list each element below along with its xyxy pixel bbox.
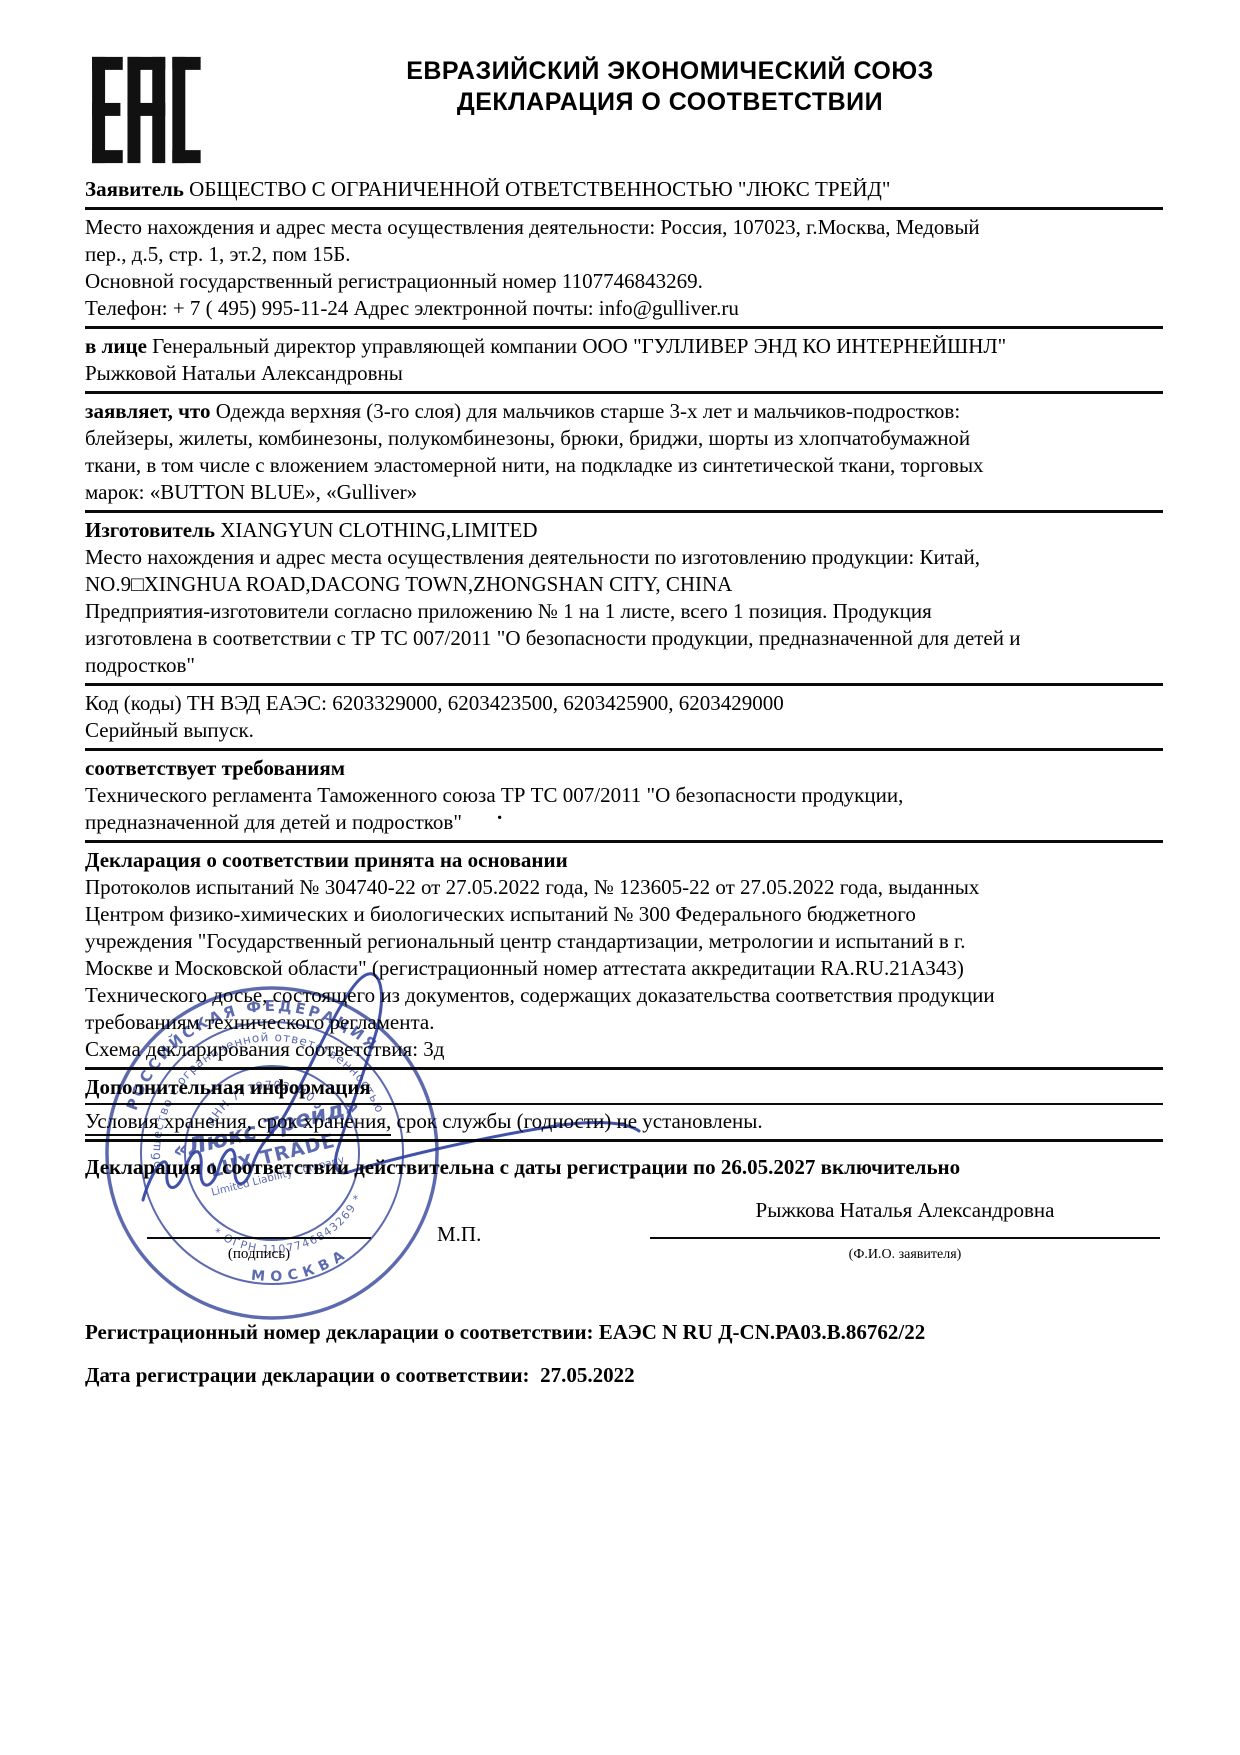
fio-caption: (Ф.И.О. заявителя) xyxy=(650,1241,1160,1268)
divider xyxy=(85,683,1163,686)
registration-number-value: ЕАЭС N RU Д-CN.РА03.В.86762/22 xyxy=(599,1320,925,1344)
manufacturer-label: Изготовитель xyxy=(85,518,215,542)
manufacturer-note: Предприятия-изготовители согласно прилож… xyxy=(85,598,1163,679)
basis-dossier: Технического досье, состоящего из докуме… xyxy=(85,982,1163,1036)
title-line-2: ДЕКЛАРАЦИЯ О СООТВЕТСТВИИ xyxy=(350,87,990,118)
representative-text: Генеральный директор управляющей компани… xyxy=(85,334,1006,385)
registration-date-line: Дата регистрации декларации о соответств… xyxy=(85,1362,1163,1389)
title-line-1: ЕВРАЗИЙСКИЙ ЭКОНОМИЧЕСКИЙ СОЮЗ xyxy=(350,56,990,87)
applicant-address: Место нахождения и адрес места осуществл… xyxy=(85,214,1163,268)
divider xyxy=(85,1103,1163,1105)
divider xyxy=(85,748,1163,751)
divider xyxy=(85,326,1163,329)
compliance-heading: соответствует требованиям xyxy=(85,755,1163,782)
storage-conditions-rest: срок службы (годности) не установлены. xyxy=(391,1109,762,1133)
compliance-text: Технического регламента Таможенного союз… xyxy=(85,782,1163,836)
serial-issue: Серийный выпуск. xyxy=(85,717,1163,744)
manufacturer-name: XIANGYUN CLOTHING,LIMITED xyxy=(220,518,537,542)
applicant-line: Заявитель ОБЩЕСТВО С ОГРАНИЧЕННОЙ ОТВЕТС… xyxy=(85,176,1163,203)
declares-label: заявляет, что xyxy=(85,399,210,423)
declares-line: заявляет, что Одежда верхняя (3-го слоя)… xyxy=(85,398,1163,506)
divider xyxy=(85,1067,1163,1070)
registration-number-label: Регистрационный номер декларации о соотв… xyxy=(85,1320,594,1344)
storage-conditions: Условия хранения, срок хранения, срок сл… xyxy=(85,1108,1163,1135)
representative-line: в лице Генеральный директор управляющей … xyxy=(85,333,1163,387)
declaration-scheme: Схема декларирования соответствия: 3д xyxy=(85,1036,1163,1063)
eac-logo xyxy=(85,52,203,168)
additional-heading: Дополнительная информация xyxy=(85,1074,1163,1101)
fio-line xyxy=(650,1237,1160,1239)
basis-heading: Декларация о соответствии принята на осн… xyxy=(85,847,1163,874)
manufacturer-line: Изготовитель XIANGYUN CLOTHING,LIMITED xyxy=(85,517,1163,544)
registration-date-value: 27.05.2022 xyxy=(540,1363,635,1387)
declaration-document: ЕВРАЗИЙСКИЙ ЭКОНОМИЧЕСКИЙ СОЮЗ ДЕКЛАРАЦИ… xyxy=(0,0,1240,1755)
divider xyxy=(85,510,1163,513)
validity-statement: Декларация о соответствии действительна … xyxy=(85,1154,1163,1181)
storage-conditions-underlined: Условия хранения, срок хранения, xyxy=(85,1109,391,1136)
applicant-ogrn: Основной государственный регистрационный… xyxy=(85,268,1163,295)
signature-caption: (подпись) xyxy=(177,1241,341,1268)
page-title: ЕВРАЗИЙСКИЙ ЭКОНОМИЧЕСКИЙ СОЮЗ ДЕКЛАРАЦИ… xyxy=(350,56,990,118)
registration-number-line: Регистрационный номер декларации о соотв… xyxy=(85,1319,1163,1346)
divider xyxy=(85,391,1163,394)
representative-label: в лице xyxy=(85,334,147,358)
divider xyxy=(85,207,1163,210)
manufacturer-address: Место нахождения и адрес места осуществл… xyxy=(85,544,1163,598)
stamp-place-label: М.П. xyxy=(437,1221,481,1248)
basis-protocols: Протоколов испытаний № 304740-22 от 27.0… xyxy=(85,874,1163,982)
registration-date-label: Дата регистрации декларации о соответств… xyxy=(85,1363,530,1387)
signature-block: (подпись) М.П. Рыжкова Наталья Александр… xyxy=(85,1191,1163,1303)
signature-line xyxy=(147,1237,371,1239)
tnved-codes: Код (коды) ТН ВЭД ЕАЭС: 6203329000, 6203… xyxy=(85,690,1163,717)
applicant-contacts: Телефон: + 7 ( 495) 995-11-24 Адрес элек… xyxy=(85,295,1163,322)
applicant-label: Заявитель xyxy=(85,177,184,201)
divider xyxy=(85,840,1163,843)
declares-text: Одежда верхняя (3-го слоя) для мальчиков… xyxy=(85,399,984,504)
applicant-name: ОБЩЕСТВО С ОГРАНИЧЕННОЙ ОТВЕТСТВЕННОСТЬЮ… xyxy=(189,177,890,201)
divider xyxy=(85,1139,1163,1142)
document-body: Заявитель ОБЩЕСТВО С ОГРАНИЧЕННОЙ ОТВЕТС… xyxy=(85,176,1163,1389)
applicant-fio: Рыжкова Наталья Александровна xyxy=(650,1197,1160,1224)
